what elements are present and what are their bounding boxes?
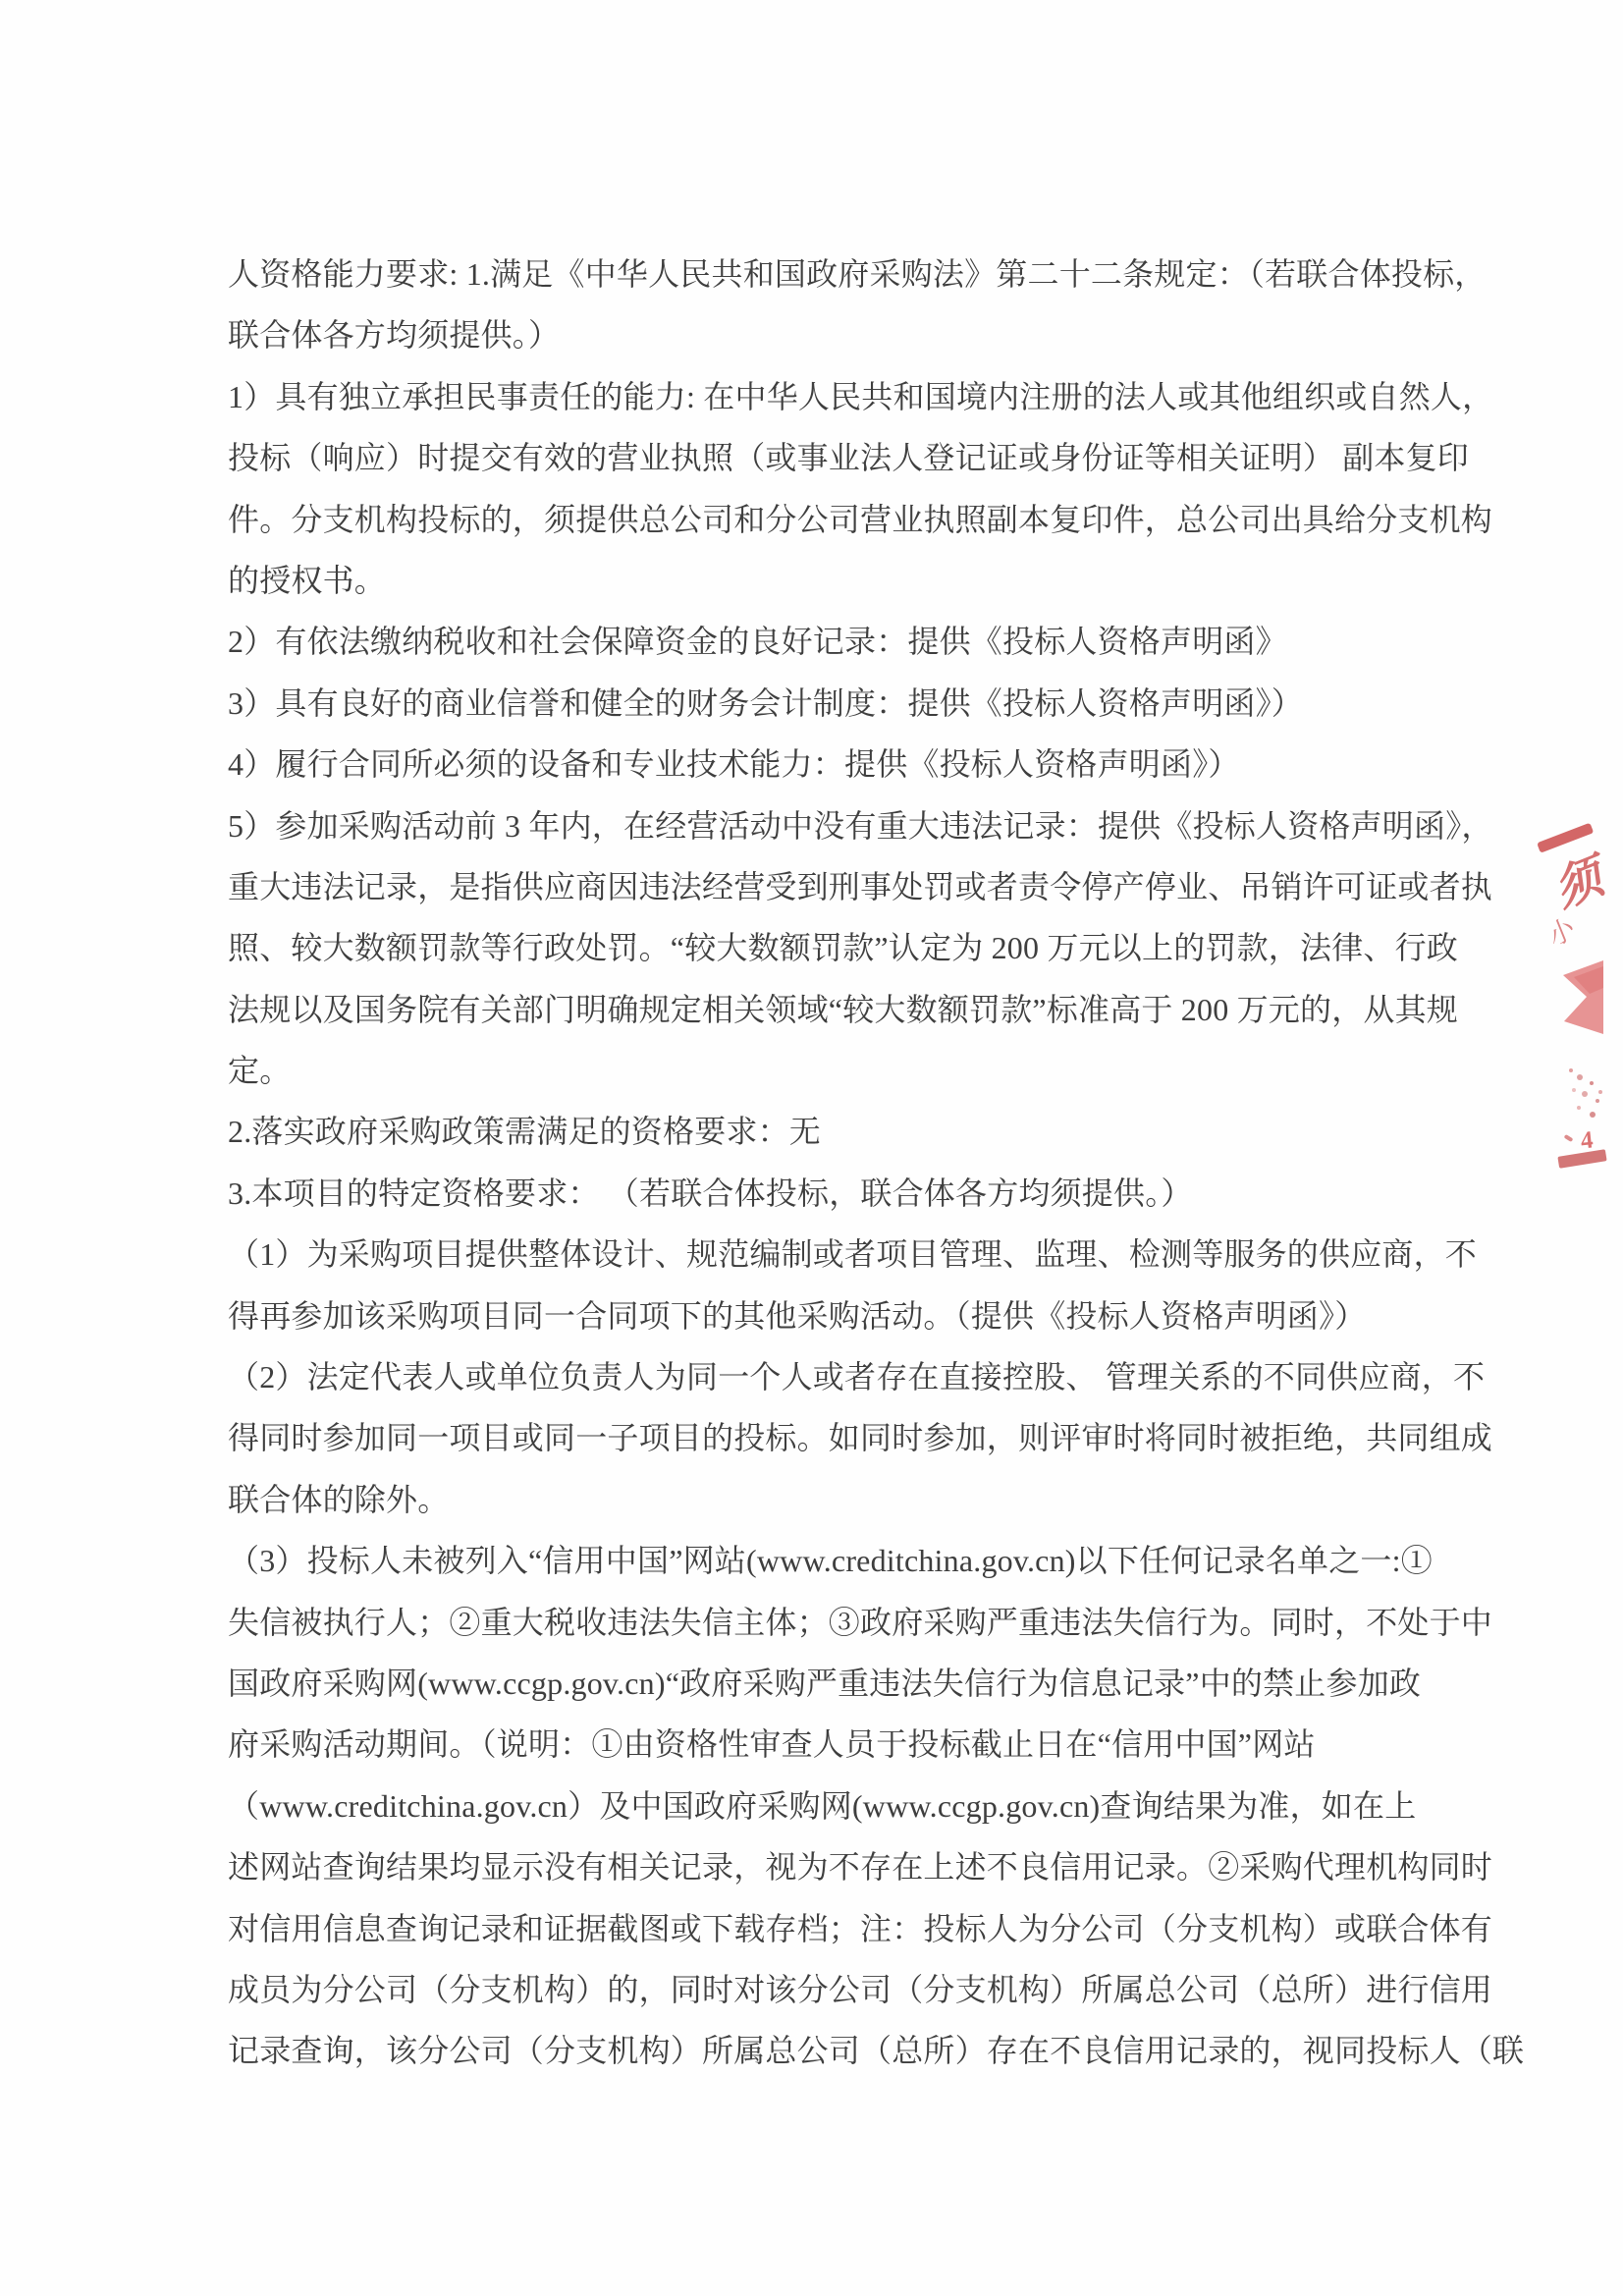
stamp-character: 须 (1542, 838, 1615, 919)
stamp-text-fragment: 须 小 (1523, 826, 1617, 945)
text-line: （1）为采购项目提供整体设计、规范编制或者项目管理、监理、检测等服务的供应商，不 (228, 1224, 1494, 1285)
stamp-tick (1564, 1134, 1574, 1142)
stamp-star-icon (1560, 958, 1605, 1037)
text-line: 照、较大数额罚款等行政处罚。“较大数额罚款”认定为 200 万元以上的罚款，法律… (228, 917, 1494, 978)
text-line: 记录查询，该分公司（分支机构）所属总公司（总所）存在不良信用记录的，视同投标人（… (228, 2020, 1494, 2081)
text-line: 1）具有独立承担民事责任的能力: 在中华人民共和国境内注册的法人或其他组织或自然… (228, 366, 1494, 427)
text-line: （2）法定代表人或单位负责人为同一个人或者存在直接控股、 管理关系的不同供应商，… (228, 1346, 1494, 1407)
text-line: （3）投标人未被列入“信用中国”网站(www.creditchina.gov.c… (228, 1530, 1494, 1591)
text-line: 国政府采购网(www.ccgp.gov.cn)“政府采购严重违法失信行为信息记录… (228, 1653, 1494, 1714)
text-line: 件。分支机构投标的，须提供总公司和分公司营业执照副本复印件，总公司出具给分支机构 (228, 489, 1494, 550)
text-line: 法规以及国务院有关部门明确规定相关领域“较大数额罚款”标准高于 200 万元的，… (228, 979, 1494, 1040)
text-line: 2.落实政府采购政策需满足的资格要求：无 (228, 1101, 1494, 1162)
stamp-speckles (1569, 1068, 1573, 1072)
text-line: 联合体各方均须提供。） (228, 304, 1494, 365)
text-line: 成员为分公司（分支机构）的，同时对该分公司（分支机构）所属总公司（总所）进行信用 (228, 1959, 1494, 2020)
text-line: 失信被执行人；②重大税收违法失信主体；③政府采购严重违法失信行为。同时，不处于中 (228, 1592, 1494, 1653)
text-line: 5）参加采购活动前 3 年内，在经营活动中没有重大违法记录：提供《投标人资格声明… (228, 795, 1494, 856)
text-line: 述网站查询结果均显示没有相关记录，视为不存在上述不良信用记录。②采购代理机构同时 (228, 1836, 1494, 1897)
text-line: 2）有依法缴纳税收和社会保障资金的良好记录：提供《投标人资格声明函》 (228, 611, 1494, 672)
stamp-stroke (1537, 823, 1594, 853)
text-line: 4）履行合同所必须的设备和专业技术能力：提供《投标人资格声明函》） (228, 734, 1494, 794)
text-line: 联合体的除外。 (228, 1469, 1494, 1530)
text-line: 投标（响应）时提交有效的营业执照（或事业法人登记证或身份证等相关证明） 副本复印 (228, 427, 1494, 488)
document-page: 人资格能力要求: 1.满足《中华人民共和国政府采购法》第二十二条规定：（若联合体… (0, 0, 1623, 2296)
text-line: 对信用信息查询记录和证据截图或下载存档；注：投标人为分公司（分支机构）或联合体有 (228, 1898, 1494, 1959)
text-line: 3）具有良好的商业信誉和健全的财务会计制度：提供《投标人资格声明函》） (228, 673, 1494, 734)
text-line: 重大违法记录，是指供应商因违法经营受到刑事处罚或者责令停产停业、吊销许可证或者执 (228, 856, 1494, 917)
text-line: 人资格能力要求: 1.满足《中华人民共和国政府采购法》第二十二条规定：（若联合体… (228, 244, 1494, 304)
text-line: 得同时参加同一项目或同一子项目的投标。如同时参加，则评审时将同时被拒绝，共同组成 (228, 1407, 1494, 1468)
stamp-smudge (1557, 1149, 1606, 1169)
text-line: 得再参加该采购项目同一合同项下的其他采购活动。（提供《投标人资格声明函》） (228, 1285, 1494, 1346)
text-line: 的授权书。 (228, 550, 1494, 611)
text-line: 3.本项目的特定资格要求： （若联合体投标，联合体各方均须提供。） (228, 1163, 1494, 1224)
text-line: 定。 (228, 1040, 1494, 1101)
text-line: 府采购活动期间。（说明：①由资格性审查人员于投标截止日在“信用中国”网站 (228, 1714, 1494, 1775)
document-body: 人资格能力要求: 1.满足《中华人民共和国政府采购法》第二十二条规定：（若联合体… (228, 244, 1494, 2082)
stamp-character-small: 小 (1537, 881, 1618, 955)
stamp-mark: 4 (1580, 1126, 1595, 1155)
text-line: （www.creditchina.gov.cn）及中国政府采购网(www.ccg… (228, 1776, 1494, 1836)
